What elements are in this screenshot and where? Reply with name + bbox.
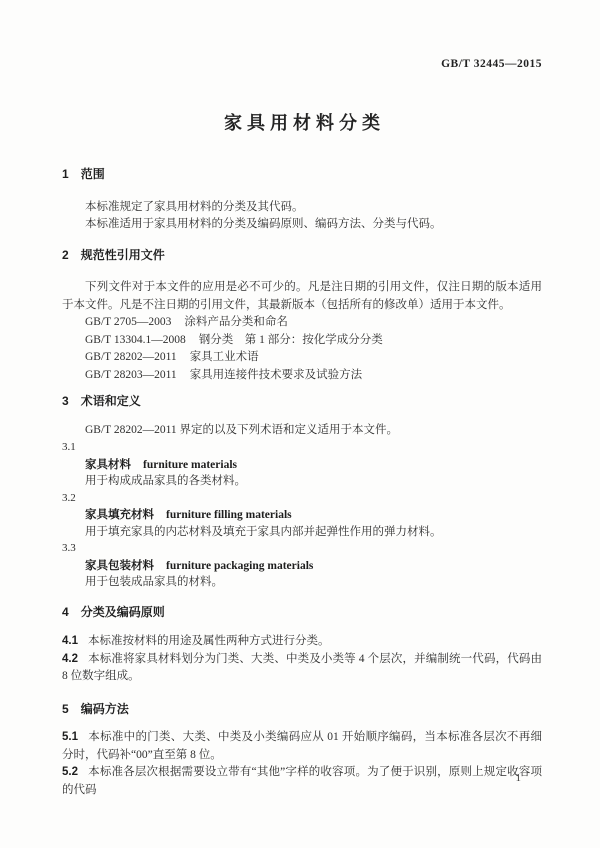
section-number: 1	[62, 166, 69, 184]
term-id: 3.3	[62, 540, 542, 557]
reference-code: GB/T 13304.1—2008	[85, 334, 186, 346]
reference-item: GB/T 28202—2011家具工业术语	[62, 349, 542, 367]
page-content: GB/T 32445—2015 家具用材料分类 1范围 本标准规定了家具用材料的…	[62, 0, 542, 799]
reference-code: GB/T 28203—2011	[85, 369, 177, 381]
section-number: 4	[62, 604, 69, 622]
term-entry: 3.1 家具材料furniture materials 用于构成成品家具的各类材…	[62, 439, 542, 490]
section-heading-3: 3术语和定义	[62, 393, 542, 411]
term-name: 家具包装材料furniture packaging materials	[62, 557, 542, 575]
section-title: 编码方法	[81, 702, 129, 716]
section-classification-principles: 4分类及编码原则 4.1本标准按材料的用途及属性两种方式进行分类。 4.2本标准…	[62, 604, 542, 686]
clause-number: 5.2	[62, 766, 78, 778]
section-title: 术语和定义	[81, 394, 141, 408]
paragraph: 本标准规定了家具用材料的分类及其代码。	[62, 199, 542, 217]
clause: 5.1本标准中的门类、大类、中类及小类编码应从 01 开始顺序编码，当本标准各层…	[62, 729, 542, 764]
section-scope: 1范围 本标准规定了家具用材料的分类及其代码。 本标准适用于家具用材料的分类及编…	[62, 166, 542, 234]
document-title: 家具用材料分类	[62, 111, 542, 135]
term-id: 3.1	[62, 439, 542, 456]
section-coding-method: 5编码方法 5.1本标准中的门类、大类、中类及小类编码应从 01 开始顺序编码，…	[62, 701, 542, 800]
section-number: 5	[62, 701, 69, 719]
term-definition: 用于构成成品家具的各类材料。	[62, 473, 542, 490]
term-name-en: furniture filling materials	[166, 509, 292, 521]
clause-number: 4.1	[62, 635, 78, 647]
clause-text: 本标准按材料的用途及属性两种方式进行分类。	[88, 635, 330, 647]
clause: 4.2本标准将家具材料划分为门类、大类、中类及小类等 4 个层次，并编制统一代码…	[62, 651, 542, 686]
term-name-zh: 家具材料	[85, 459, 131, 471]
standard-code: GB/T 32445—2015	[441, 58, 542, 70]
page-header: GB/T 32445—2015	[62, 0, 542, 71]
term-name-en: furniture packaging materials	[166, 560, 313, 572]
reference-code: GB/T 28202—2011	[85, 351, 177, 363]
section-terms-definitions: 3术语和定义 GB/T 28202—2011 界定的以及下列术语和定义适用于本文…	[62, 393, 542, 591]
reference-title: 家具工业术语	[190, 351, 259, 363]
clause: 4.1本标准按材料的用途及属性两种方式进行分类。	[62, 633, 542, 651]
term-name: 家具填充材料furniture filling materials	[62, 506, 542, 524]
term-name-zh: 家具填充材料	[85, 509, 154, 521]
term-entry: 3.3 家具包装材料furniture packaging materials …	[62, 540, 542, 591]
section-number: 2	[62, 247, 69, 265]
page-number: 1	[516, 772, 522, 784]
reference-title: 钢分类 第 1 部分：按化学成分分类	[199, 334, 383, 346]
clause-text: 本标准各层次根据需要设立带有“其他”字样的收容项。为了便于识别，原则上规定收容项…	[62, 766, 542, 796]
reference-title: 涂料产品分类和命名	[184, 316, 288, 328]
term-name-en: furniture materials	[143, 459, 237, 471]
section-title: 规范性引用文件	[81, 248, 165, 262]
term-definition: 用于包装成品家具的材料。	[62, 574, 542, 591]
paragraph: GB/T 28202—2011 界定的以及下列术语和定义适用于本文件。	[62, 422, 542, 440]
term-name-zh: 家具包装材料	[85, 560, 154, 572]
section-heading-2: 2规范性引用文件	[62, 247, 542, 265]
section-title: 范围	[81, 167, 105, 181]
section-heading-5: 5编码方法	[62, 701, 542, 719]
paragraph: 本标准适用于家具用材料的分类及编码原则、编码方法、分类与代码。	[62, 216, 542, 234]
term-name: 家具材料furniture materials	[62, 456, 542, 474]
clause-text: 本标准将家具材料划分为门类、大类、中类及小类等 4 个层次，并编制统一代码，代码…	[62, 653, 542, 683]
section-heading-1: 1范围	[62, 166, 542, 184]
clause: 5.2本标准各层次根据需要设立带有“其他”字样的收容项。为了便于识别，原则上规定…	[62, 764, 542, 799]
term-entry: 3.2 家具填充材料furniture filling materials 用于…	[62, 490, 542, 541]
reference-item: GB/T 13304.1—2008钢分类 第 1 部分：按化学成分分类	[62, 332, 542, 350]
section-normative-references: 2规范性引用文件 下列文件对于本文件的应用是必不可少的。凡是注日期的引用文件，仅…	[62, 247, 542, 385]
section-number: 3	[62, 393, 69, 411]
section-heading-4: 4分类及编码原则	[62, 604, 542, 622]
clause-text: 本标准中的门类、大类、中类及小类编码应从 01 开始顺序编码，当本标准各层次不再…	[62, 731, 542, 761]
section-title: 分类及编码原则	[81, 605, 165, 619]
paragraph: 下列文件对于本文件的应用是必不可少的。凡是注日期的引用文件，仅注日期的版本适用于…	[62, 279, 542, 314]
clause-number: 5.1	[62, 731, 78, 743]
reference-code: GB/T 2705—2003	[85, 316, 171, 328]
document-page: GB/T 32445—2015 家具用材料分类 1范围 本标准规定了家具用材料的…	[0, 0, 600, 848]
clause-number: 4.2	[62, 653, 78, 665]
reference-item: GB/T 2705—2003涂料产品分类和命名	[62, 314, 542, 332]
term-id: 3.2	[62, 490, 542, 507]
term-definition: 用于填充家具的内芯材料及填充于家具内部并起弹性作用的弹力材料。	[62, 524, 542, 541]
reference-title: 家具用连接件技术要求及试验方法	[190, 369, 363, 381]
reference-item: GB/T 28203—2011家具用连接件技术要求及试验方法	[62, 367, 542, 385]
